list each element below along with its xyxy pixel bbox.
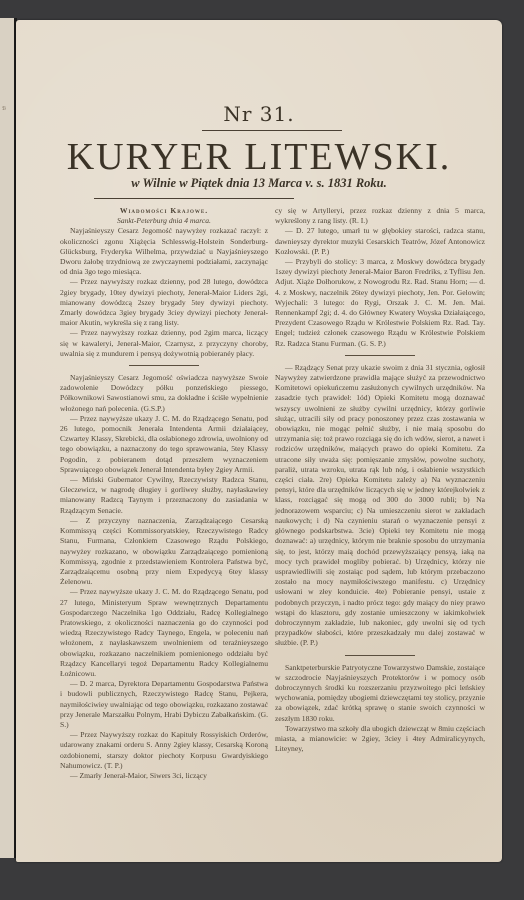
newspaper-title: KURYER LITEWSKI. bbox=[16, 135, 502, 179]
article-paragraph: Sanktpeterburskie Patryotyczne Towarzyst… bbox=[275, 663, 485, 724]
section-heading: Wiadomości Krajowe. bbox=[60, 206, 268, 216]
article-paragraph: — D. 2 marca, Dyrektora Departamentu Gos… bbox=[60, 679, 268, 730]
article-paragraph: — Przez naywyższe ukazy J. C. M. do Rząd… bbox=[60, 414, 268, 475]
masthead-rule-bottom bbox=[94, 198, 294, 199]
newspaper-page: Nr 31. KURYER LITEWSKI. w Wilnie w Piąte… bbox=[16, 20, 502, 862]
news-dateline: Sankt-Peterburg dnia 4 marca. bbox=[60, 216, 268, 226]
article-paragraph: — Przez naywyższy rozkaz dzienny, pod 2g… bbox=[60, 328, 268, 359]
article-separator bbox=[345, 355, 415, 356]
right-column: cy się w Artylleryi, przez rozkaz dzienn… bbox=[275, 206, 485, 754]
adjacent-page-mark: ℬ bbox=[2, 106, 6, 112]
article-paragraph: — Zmarły Jenerał-Maior, Siwers 3ci, licz… bbox=[60, 771, 268, 781]
article-paragraph: cy się w Artylleryi, przez rozkaz dzienn… bbox=[275, 206, 485, 226]
article-paragraph: — Przez naywyższy rozkaz dzienny, pod 28… bbox=[60, 277, 268, 328]
article-paragraph: — D. 27 lutego, umarł tu w głębokiey sta… bbox=[275, 226, 485, 257]
publication-dateline: w Wilnie w Piątek dnia 13 Marca v. s. 18… bbox=[16, 176, 502, 191]
article-paragraph: Towarzystwo ma szkoły dla ubogich dziewc… bbox=[275, 724, 485, 755]
article-paragraph: Nayjaśnieyszy Cesarz Jegomość naywyżey r… bbox=[60, 226, 268, 277]
article-paragraph: — Rządzący Senat przy ukazie swoim z dni… bbox=[275, 363, 485, 649]
article-separator bbox=[129, 365, 199, 366]
masthead-rule-top bbox=[202, 130, 342, 131]
article-paragraph: — Przez naywyższe ukazy J. C. M. do Rząd… bbox=[60, 587, 268, 679]
article-paragraph: Nayjaśnieyszy Cesarz Jegomość oświadcza … bbox=[60, 373, 268, 414]
adjacent-page-edge: ℬ bbox=[0, 18, 17, 858]
article-paragraph: — Przez Naywyższy rozkaz do Kapituły Ros… bbox=[60, 730, 268, 771]
left-column: Wiadomości Krajowe. Sankt-Peterburg dnia… bbox=[60, 206, 268, 781]
article-paragraph: — Przybyli do stolicy: 3 marca, z Moskwy… bbox=[275, 257, 485, 349]
article-paragraph: — Z przyczyny naznaczenia, Zarządzaiąceg… bbox=[60, 516, 268, 587]
article-paragraph: — Miński Gubernator Cywilny, Rzeczywisty… bbox=[60, 475, 268, 516]
issue-number: Nr 31. bbox=[16, 102, 502, 126]
article-separator bbox=[345, 655, 415, 656]
